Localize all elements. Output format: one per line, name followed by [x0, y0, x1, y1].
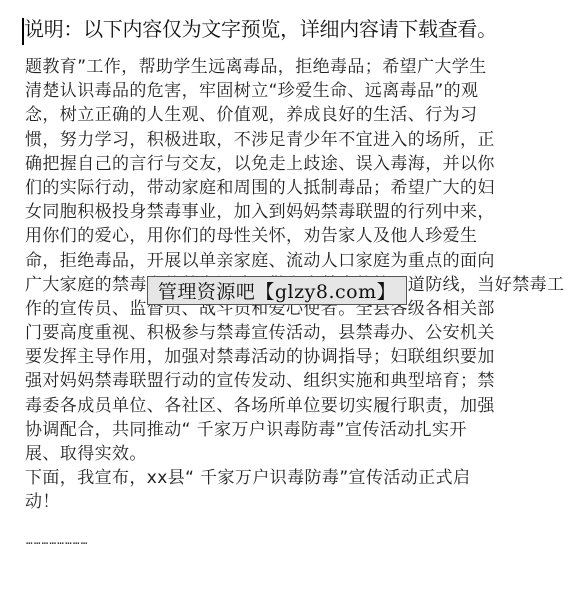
body-line: 动！	[25, 490, 495, 514]
ellipsis-divider: ……………………	[26, 534, 89, 548]
body-line: 惯，努力学习，积极进取，不涉足青少年不宜进入的场所，正	[25, 128, 495, 152]
body-line: 要发挥主导作用，加强对禁毒活动的协调指导；妇联组织要加	[25, 345, 495, 369]
body-line: 协调配合，共同推动“ 千家万户识毒防毒”宣传活动扎实开	[25, 418, 495, 442]
body-line: 展、取得实效。	[25, 442, 495, 466]
body-line: 下面，我宣布，xx县“ 千家万户识毒防毒”宣传活动正式启	[25, 466, 495, 490]
body-line: 们的实际行动，带动家庭和周围的人抵制毒品；希望广大的妇	[25, 176, 495, 200]
body-line: 用你们的爱心，用你们的母性关怀，劝告家人及他人珍爱生	[25, 224, 495, 248]
body-line: 毒委各成员单位、各社区、各场所单位要切实履行职责，加强	[25, 394, 495, 418]
body-line: 确把握自己的言行与交友，以免走上歧途、误入毒海，并以你	[25, 152, 495, 176]
body-line: 门要高度重视、积极参与禁毒宣传活动，县禁毒办、公安机关	[25, 321, 495, 345]
preview-notice: 说明：以下内容仅为文字预览，详细内容请下载查看。	[24, 14, 497, 44]
body-line: 命，拒绝毒品，开展以单亲家庭、流动人口家庭为重点的面向	[25, 249, 495, 273]
body-line: 清楚认识毒品的危害，牢固树立“珍爱生命、远离毒品”的观	[25, 79, 495, 103]
body-line: 女同胞积极投身禁毒事业，加入到妈妈禁毒联盟的行列中来，	[25, 200, 495, 224]
body-line: 念，树立正确的人生观、价值观，养成良好的生活、行为习	[25, 103, 495, 127]
watermark-banner: 管理资源吧【glzy8.com】	[147, 276, 407, 305]
body-line: 题教育”工作，帮助学生远离毒品，拒绝毒品；希望广大学生	[25, 55, 495, 79]
body-line: 强对妈妈禁毒联盟行动的宣传发动、组织实施和典型培育；禁	[25, 369, 495, 393]
